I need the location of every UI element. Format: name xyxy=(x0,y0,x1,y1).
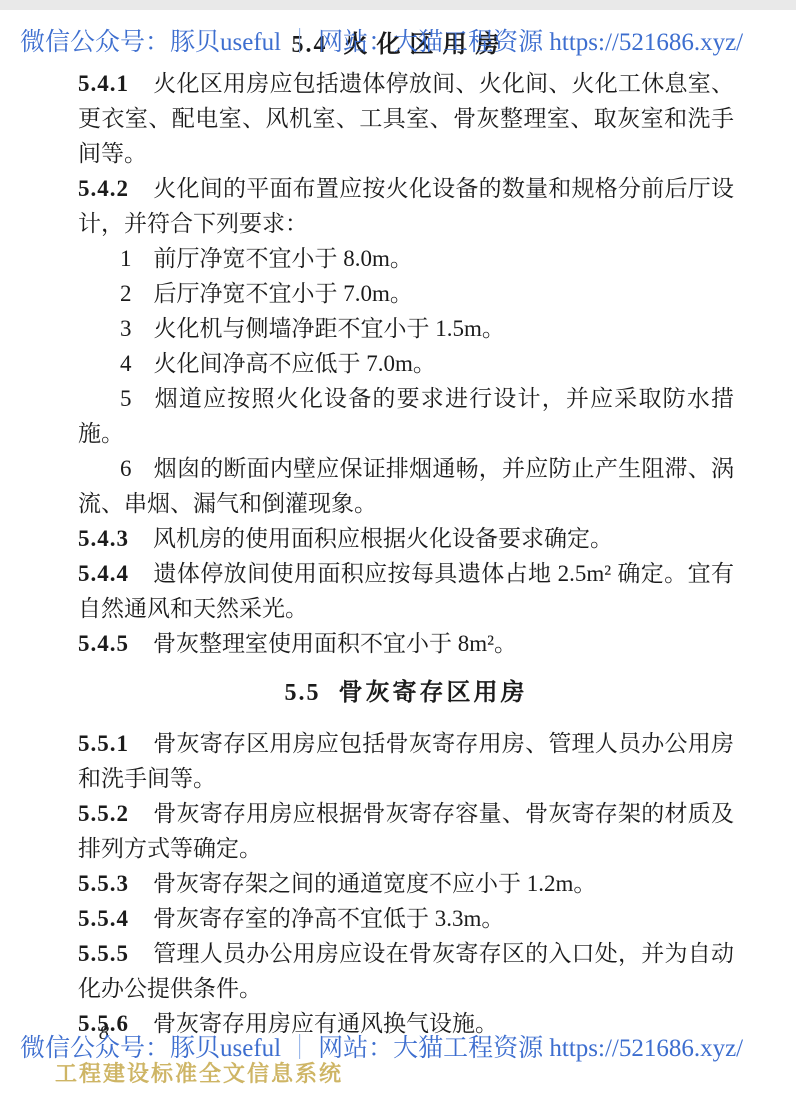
item-number: 2 xyxy=(120,281,132,306)
clause-number: 5.5.3 xyxy=(78,871,129,896)
list-item-4: 4火化间净高不应低于 7.0m。 xyxy=(78,346,734,381)
clause-number: 5.5.4 xyxy=(78,906,129,931)
item-number: 6 xyxy=(120,456,132,481)
clause-number: 5.4.4 xyxy=(78,561,129,586)
clause-5-4-4: 5.4.4遗体停放间使用面积应按每具遗体占地 2.5m² 确定。宜有自然通风和天… xyxy=(78,556,734,626)
clause-5-4-2: 5.4.2火化间的平面布置应按火化设备的数量和规格分前后厅设计，并符合下列要求： xyxy=(78,171,734,241)
document-page: 5.4火化区用房 微信公众号：豚贝useful｜网站：大猫工程资源 https:… xyxy=(0,0,800,1113)
standard-system-logo-text: 工程建设标准全文信息系统 xyxy=(55,1057,343,1088)
clause-number: 5.5.2 xyxy=(78,801,129,826)
clause-5-4-3: 5.4.3风机房的使用面积应根据火化设备要求确定。 xyxy=(78,521,734,556)
clause-5-4-1: 5.4.1火化区用房应包括遗体停放间、火化间、火化工休息室、更衣室、配电室、风机… xyxy=(78,66,734,171)
clause-text: 骨灰寄存用房应根据骨灰寄存容量、骨灰寄存架的材质及排列方式等确定。 xyxy=(78,801,734,861)
item-number: 4 xyxy=(120,351,132,376)
watermark-separator: ｜ xyxy=(281,29,318,56)
watermark-wechat-label: 微信公众号：豚贝useful xyxy=(20,29,281,56)
list-item-6: 6烟囱的断面内壁应保证排烟通畅，并应防止产生阻滞、涡流、串烟、漏气和倒灌现象。 xyxy=(78,451,734,521)
document-body: 5.4.1火化区用房应包括遗体停放间、火化间、火化工休息室、更衣室、配电室、风机… xyxy=(78,66,734,1041)
clause-5-5-4: 5.5.4骨灰寄存室的净高不宜低于 3.3m。 xyxy=(78,901,734,936)
item-number: 3 xyxy=(120,316,132,341)
section-title: 骨灰寄存区用房 xyxy=(339,680,528,706)
clause-text: 骨灰寄存区用房应包括骨灰寄存用房、管理人员办公用房和洗手间等。 xyxy=(78,731,734,791)
item-text: 前厅净宽不宜小于 8.0m。 xyxy=(154,246,413,271)
item-text: 后厅净宽不宜小于 7.0m。 xyxy=(154,281,413,306)
watermark-site-url: 网站：大猫工程资源 https://521686.xyz/ xyxy=(318,29,743,56)
clause-text: 管理人员办公用房应设在骨灰寄存区的入口处，并为自动化办公提供条件。 xyxy=(78,941,734,1001)
clause-5-5-3: 5.5.3骨灰寄存架之间的通道宽度不应小于 1.2m。 xyxy=(78,866,734,901)
clause-text: 骨灰寄存架之间的通道宽度不应小于 1.2m。 xyxy=(153,871,596,896)
item-text: 火化机与侧墙净距不宜小于 1.5m。 xyxy=(154,316,505,341)
item-text: 烟囱的断面内壁应保证排烟通畅，并应防止产生阻滞、涡流、串烟、漏气和倒灌现象。 xyxy=(78,456,734,516)
list-item-1: 1前厅净宽不宜小于 8.0m。 xyxy=(78,241,734,276)
list-item-2: 2后厅净宽不宜小于 7.0m。 xyxy=(78,276,734,311)
item-text: 烟道应按照火化设备的要求进行设计，并应采取防水措施。 xyxy=(78,386,734,446)
clause-5-5-2: 5.5.2骨灰寄存用房应根据骨灰寄存容量、骨灰寄存架的材质及排列方式等确定。 xyxy=(78,796,734,866)
clause-number: 5.5.5 xyxy=(78,941,129,966)
section-number: 5.5 xyxy=(285,680,321,706)
clause-number: 5.5.1 xyxy=(78,731,129,756)
list-item-3: 3火化机与侧墙净距不宜小于 1.5m。 xyxy=(78,311,734,346)
item-text: 火化间净高不应低于 7.0m。 xyxy=(154,351,436,376)
clause-text: 火化区用房应包括遗体停放间、火化间、火化工休息室、更衣室、配电室、风机室、工具室… xyxy=(78,71,734,166)
item-number: 1 xyxy=(120,246,132,271)
clause-text: 遗体停放间使用面积应按每具遗体占地 2.5m² 确定。宜有自然通风和天然采光。 xyxy=(78,561,734,621)
section-heading-5-5: 5.5骨灰寄存区用房 xyxy=(78,675,734,711)
clause-number: 5.4.5 xyxy=(78,631,129,656)
clause-5-5-1: 5.5.1骨灰寄存区用房应包括骨灰寄存用房、管理人员办公用房和洗手间等。 xyxy=(78,726,734,796)
clause-number: 5.4.2 xyxy=(78,176,129,201)
clause-number: 5.4.1 xyxy=(78,71,129,96)
clause-text: 风机房的使用面积应根据火化设备要求确定。 xyxy=(153,526,613,551)
clause-text: 骨灰寄存用房应有通风换气设施。 xyxy=(153,1011,498,1036)
clause-5-5-5: 5.5.5管理人员办公用房应设在骨灰寄存区的入口处，并为自动化办公提供条件。 xyxy=(78,936,734,1006)
clause-5-4-5: 5.4.5骨灰整理室使用面积不宜小于 8m²。 xyxy=(78,626,734,661)
list-item-5: 5烟道应按照火化设备的要求进行设计，并应采取防水措施。 xyxy=(78,381,734,451)
scan-artifact-band xyxy=(0,0,796,10)
clause-text: 骨灰整理室使用面积不宜小于 8m²。 xyxy=(153,631,517,656)
clause-text: 火化间的平面布置应按火化设备的数量和规格分前后厅设计，并符合下列要求： xyxy=(78,176,734,236)
clause-number: 5.4.3 xyxy=(78,526,129,551)
watermark-site-url: 网站：大猫工程资源 https://521686.xyz/ xyxy=(318,1035,743,1062)
clause-text: 骨灰寄存室的净高不宜低于 3.3m。 xyxy=(153,906,504,931)
watermark-top: 微信公众号：豚贝useful｜网站：大猫工程资源 https://521686.… xyxy=(20,28,800,58)
item-number: 5 xyxy=(120,386,132,411)
